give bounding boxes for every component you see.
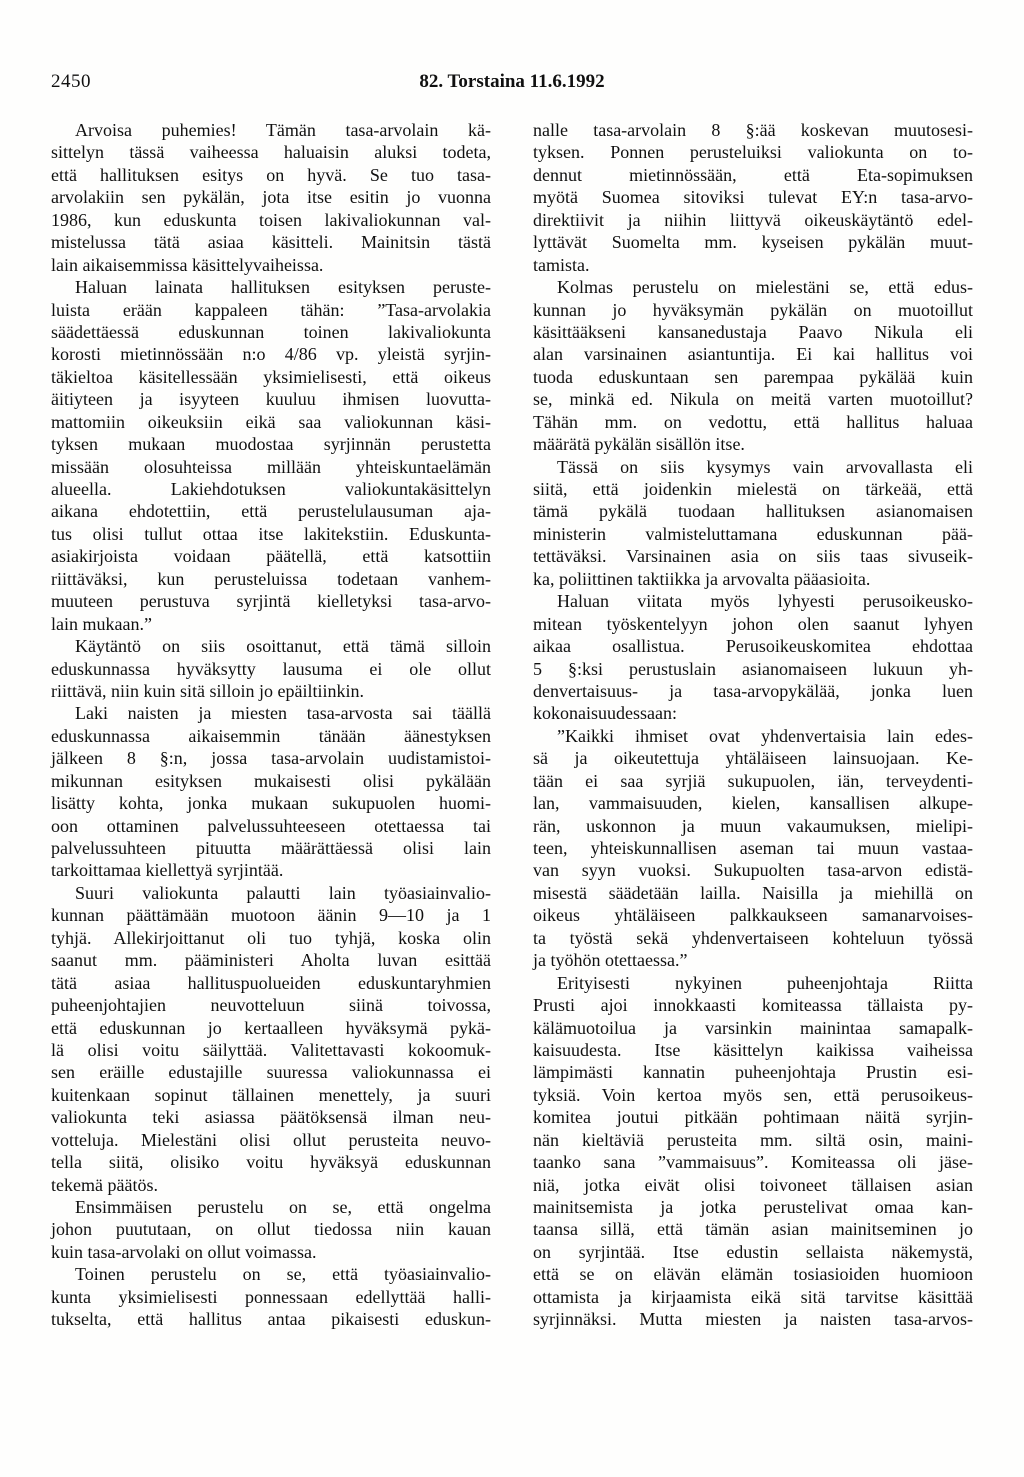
text-line: oon ottaminen palvelussuhteeseen otettae… (51, 815, 491, 837)
text-line: alueella. Lakiehdotuksen valiokuntakäsit… (51, 478, 491, 500)
text-line: ka, poliittinen taktiikka ja arvovalta p… (533, 568, 973, 590)
text-line: aikaa osallistua. Perusoikeuskomitea ehd… (533, 635, 973, 657)
text-line: valiokunta teki asiassa päätöksensä ilma… (51, 1106, 491, 1128)
page-title: 82. Torstaina 11.6.1992 (51, 71, 973, 93)
text-line: eduskunnassa aikaisemmin tänään äänestyk… (51, 725, 491, 747)
paragraph: Suuri valiokunta palautti lain työasiain… (51, 882, 491, 1196)
text-line: taansa sillä, että tämän asian mainitsem… (533, 1218, 973, 1240)
text-line: lä olisi voitu säilyttää. Valitettavasti… (51, 1039, 491, 1061)
text-line: saanut mm. pääministeri Aholta luvan esi… (51, 949, 491, 971)
text-line: kaisuudesta. Itse käsittelyn kaikissa va… (533, 1039, 973, 1061)
text-line: Käytäntö on siis osoittanut, että tämä s… (51, 635, 491, 657)
text-line: oikeus yhtäläiseen palkkaukseen samanarv… (533, 904, 973, 926)
text-line: asiakirjoista voidaan päätellä, että kat… (51, 545, 491, 567)
text-line: kälämuotoilua ja varsinkin mainintaa sam… (533, 1017, 973, 1039)
text-line: direktiivit ja niihin liittyvä oikeuskäy… (533, 209, 973, 231)
text-line: lain mukaan.” (51, 613, 491, 635)
text-line: tätä asiaa hallituspuolueiden eduskuntar… (51, 972, 491, 994)
right-column: nalle tasa-arvolain 8 §:ää koskevan muut… (533, 119, 973, 1331)
text-line: täkieltoa käsitellessään yksimielisesti,… (51, 366, 491, 388)
text-line: tään ei saa syrjiä sukupuolen, iän, terv… (533, 770, 973, 792)
text-line: aikana ehdotettiin, että perustelulausum… (51, 500, 491, 522)
text-line: Prusti ajoi innokkaasti komiteassa tälla… (533, 994, 973, 1016)
text-line: kunta yksimielisesti ponnessaan edellytt… (51, 1286, 491, 1308)
paragraph: Haluan viitata myös lyhyesti perusoikeus… (533, 590, 973, 725)
text-line: tuoda eduskuntaan sen parempaa pykälää k… (533, 366, 973, 388)
text-line: että se on elävän elämän tosiasioiden hu… (533, 1263, 973, 1285)
text-line: kuitenkaan sopinut tällainen menettely, … (51, 1084, 491, 1106)
text-line: tämä pykälä tuodaan hallituksen asianoma… (533, 500, 973, 522)
text-line: tyksen. Ponnen perusteluiksi valiokunta … (533, 141, 973, 163)
text-line: nän kieltäviä perusteita mm. siltä osin,… (533, 1129, 973, 1151)
paragraph: Ensimmäisen perustelu on se, että ongelm… (51, 1196, 491, 1263)
text-line: ”Kaikki ihmiset ovat yhdenvertaisia lain… (533, 725, 973, 747)
paragraph: Laki naisten ja miesten tasa-arvosta sai… (51, 702, 491, 882)
text-line: eduskunnassa hyväksytty lausuma ei ole o… (51, 658, 491, 680)
text-line: dennut mietinnössään, että Eta-sopimukse… (533, 164, 973, 186)
text-line: kokonaisuudessaan: (533, 702, 973, 724)
text-line: Tähän mm. on vedottu, että hallitus halu… (533, 411, 973, 433)
text-line: Toinen perustelu on se, että työasiainva… (51, 1263, 491, 1285)
text-line: niä, jotka eivät olisi toivoneet tällais… (533, 1174, 973, 1196)
paragraph: Toinen perustelu on se, että työasiainva… (51, 1263, 491, 1330)
text-line: mistelussa tätä asiaa käsitteli. Mainits… (51, 231, 491, 253)
text-line: korosti mietinnössään n:o 4/86 vp. yleis… (51, 343, 491, 365)
paragraph: Käytäntö on siis osoittanut, että tämä s… (51, 635, 491, 702)
text-line: muuteen perustuva syrjintä kielletyksi t… (51, 590, 491, 612)
text-line: komitea joutui pitkään pohtimaan näitä s… (533, 1106, 973, 1128)
text-line: Ensimmäisen perustelu on se, että ongelm… (51, 1196, 491, 1218)
text-line: käsittääkseni kansanedustaja Paavo Nikul… (533, 321, 973, 343)
text-line: tyksiä. Voin kertoa myös sen, että perus… (533, 1084, 973, 1106)
text-line: lan, vammaisuuden, kielen, kansallisen a… (533, 792, 973, 814)
text-line: taanko sana ”vammaisuus”. Komiteassa oli… (533, 1151, 973, 1173)
text-line: teen, yhteiskunnallisen aseman tai muun … (533, 837, 973, 859)
text-line: se, minkä ed. Nikula on meitä varten muo… (533, 388, 973, 410)
text-line: lämpimästi kannatin puheenjohtaja Prusti… (533, 1061, 973, 1083)
text-line: säädettäessä eduskunnan toinen lakivalio… (51, 321, 491, 343)
text-line: votteluja. Mielestäni olisi ollut perust… (51, 1129, 491, 1151)
paragraph: Haluan lainata hallituksen esityksen per… (51, 276, 491, 635)
text-line: rän, uskonnon ja muun vakaumuksen, mieli… (533, 815, 973, 837)
text-line: tukselta, että hallitus antaa pikaisesti… (51, 1308, 491, 1330)
text-line: tarkoittamaa kiellettyä syrjintää. (51, 859, 491, 881)
text-line: Tässä on siis kysymys vain arvovallasta … (533, 456, 973, 478)
text-line: ta työstä sekä yhdenvertaiseen kohteluun… (533, 927, 973, 949)
text-line: luista erään kappaleen tähän: ”Tasa-arvo… (51, 299, 491, 321)
text-line: siitä, että joidenkin mielestä on tärkeä… (533, 478, 973, 500)
text-line: mikunnan esityksen mukaisesti olisi pykä… (51, 770, 491, 792)
text-line: tella siitä, olisiko voitu hyväksyä edus… (51, 1151, 491, 1173)
text-line: Kolmas perustelu on mielestäni se, että … (533, 276, 973, 298)
paragraph: ”Kaikki ihmiset ovat yhdenvertaisia lain… (533, 725, 973, 972)
text-line: lyttävät Suomelta mm. kyseisen pykälän m… (533, 231, 973, 253)
text-line: sä ja oikeutettuja yhtäläiseen lainsuoja… (533, 747, 973, 769)
text-line: lisätty kohta, jonka mukaan sukupuolen h… (51, 792, 491, 814)
text-line: tus olisi tullut ottaa itse lakitekstiin… (51, 523, 491, 545)
text-line: Suuri valiokunta palautti lain työasiain… (51, 882, 491, 904)
text-line: ja työhön otettaessa.” (533, 949, 973, 971)
paragraph: Kolmas perustelu on mielestäni se, että … (533, 276, 973, 456)
text-line: äitiyteen ja isyyteen kuuluu ihmisen luo… (51, 388, 491, 410)
text-line: mainitsemista ja jotka perustelivat omaa… (533, 1196, 973, 1218)
text-line: on syrjintää. Itse edustin sellaista näk… (533, 1241, 973, 1263)
text-line: tamista. (533, 254, 973, 276)
text-line: denvertaisuus- ja tasa-arvopykälää, jonk… (533, 680, 973, 702)
text-line: tekemä päätös. (51, 1174, 491, 1196)
text-line: Erityisesti nykyinen puheenjohtaja Riitt… (533, 972, 973, 994)
text-line: mitean työskentelyyn johon olen saanut l… (533, 613, 973, 635)
text-line: johon puututaan, on ollut tiedossa niin … (51, 1218, 491, 1240)
text-line: ottamista ja kirjaamista eikä sitä tarvi… (533, 1286, 973, 1308)
text-line: arvolakiin sen pykälän, jota itse esitin… (51, 186, 491, 208)
paragraph: Erityisesti nykyinen puheenjohtaja Riitt… (533, 972, 973, 1331)
paragraph: Arvoisa puhemies! Tämän tasa-arvolain kä… (51, 119, 491, 276)
text-line: kunnan jo hyväksymän pykälän on muotoill… (533, 299, 973, 321)
text-line: myötä Suomea sitoviksi tulevat EY:n tasa… (533, 186, 973, 208)
text-line: tettäväksi. Varsinainen asia on siis taa… (533, 545, 973, 567)
text-line: Haluan viitata myös lyhyesti perusoikeus… (533, 590, 973, 612)
text-line: syrjinnäksi. Mutta miesten ja naisten ta… (533, 1308, 973, 1330)
text-line: van syyn vuoksi. Sukupuolten tasa-arvon … (533, 859, 973, 881)
text-line: 5 §:ksi perustuslain asianomaiseen lukuu… (533, 658, 973, 680)
text-line: että hallituksen esitys on hyvä. Se tuo … (51, 164, 491, 186)
text-line: mattomiin oikeuksiin eikä saa valiokunna… (51, 411, 491, 433)
text-line: määrätä pykälän sisällön itse. (533, 433, 973, 455)
text-line: sen eräille edustajille suuressa valioku… (51, 1061, 491, 1083)
text-line: tyksen mukaan muodostaa syrjinnän perust… (51, 433, 491, 455)
text-line: riittäväksi, kun perusteluissa todetaan … (51, 568, 491, 590)
page-header: 2450 82. Torstaina 11.6.1992 (51, 71, 973, 95)
text-line: nalle tasa-arvolain 8 §:ää koskevan muut… (533, 119, 973, 141)
text-line: 1986, kun eduskunta toisen lakivaliokunn… (51, 209, 491, 231)
text-line: että eduskunnan jo kertaalleen hyväksymä… (51, 1017, 491, 1039)
text-line: missään olosuhteissa millään yhteiskunta… (51, 456, 491, 478)
text-line: misestä säädetään lailla. Naisilla ja mi… (533, 882, 973, 904)
text-line: ministerin valmisteluttamana eduskunnan … (533, 523, 973, 545)
text-line: sittelyn tässä vaiheessa haluaisin aluks… (51, 141, 491, 163)
text-line: lain aikaisemmissa käsittelyvaiheissa. (51, 254, 491, 276)
left-column: Arvoisa puhemies! Tämän tasa-arvolain kä… (51, 119, 491, 1331)
text-line: jälkeen 8 §:n, jossa tasa-arvolain uudis… (51, 747, 491, 769)
paragraph: nalle tasa-arvolain 8 §:ää koskevan muut… (533, 119, 973, 276)
text-line: Arvoisa puhemies! Tämän tasa-arvolain kä… (51, 119, 491, 141)
text-line: riittävä, niin kuin sitä silloin jo epäi… (51, 680, 491, 702)
paragraph: Tässä on siis kysymys vain arvovallasta … (533, 456, 973, 591)
text-line: tyhjä. Allekirjoittanut oli tuo tyhjä, k… (51, 927, 491, 949)
text-line: palvelussuhteen pituutta määrättäessä ol… (51, 837, 491, 859)
text-line: puheenjohtajien neuvotteluun siinä toivo… (51, 994, 491, 1016)
text-line: Laki naisten ja miesten tasa-arvosta sai… (51, 702, 491, 724)
text-line: alan varsinainen asiantuntija. Ei kai ha… (533, 343, 973, 365)
text-line: kuin tasa-arvolaki on ollut voimassa. (51, 1241, 491, 1263)
text-line: kunnan päättämään muotoon äänin 9—10 ja … (51, 904, 491, 926)
text-line: Haluan lainata hallituksen esityksen per… (51, 276, 491, 298)
document-page: 2450 82. Torstaina 11.6.1992 Arvoisa puh… (0, 0, 1024, 1477)
text-body: Arvoisa puhemies! Tämän tasa-arvolain kä… (51, 119, 973, 1331)
